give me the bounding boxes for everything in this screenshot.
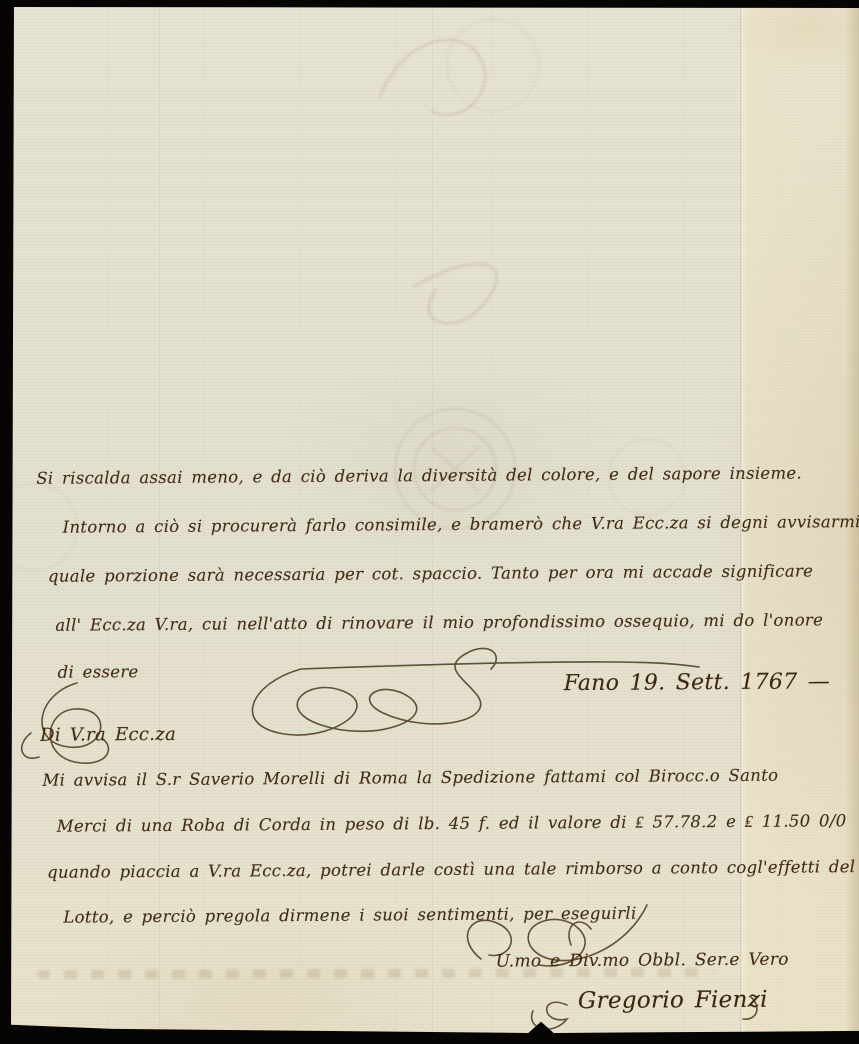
postscript-line: quando piaccia a V.ra Ecc.za, potrei dar…: [47, 857, 855, 882]
ghost-writing-top: [379, 40, 497, 323]
postscript-line: Lotto, e perciò pregola dirmene i suoi s…: [63, 904, 636, 927]
closing-intro: di essere: [58, 662, 139, 682]
signature: Gregorio Fienzi: [578, 987, 768, 1014]
scan-background: Si riscalda assai meno, e da ciò deriva …: [0, 0, 859, 1044]
address-line: Di V.ra Ecc.za: [40, 724, 176, 746]
postscript-line: Mi avvisa il S.r Saverio Morelli di Roma…: [42, 766, 778, 790]
letter-page: Si riscalda assai meno, e da ciò deriva …: [11, 7, 859, 1034]
body-line: all' Ecc.za V.ra, cui nell'atto di rinov…: [55, 610, 823, 634]
dateline: Fano 19. Sett. 1767 —: [564, 669, 830, 696]
valediction: U.mo e Div.mo Obbl. Ser.e Vero: [496, 950, 789, 972]
postscript-line: Merci di una Roba di Corda in peso di lb…: [57, 811, 847, 837]
body-line: Si riscalda assai meno, e da ciò deriva …: [36, 463, 802, 487]
flourish-address-initial: [22, 733, 39, 758]
body-line: quale porzione sarà necessaria per cot. …: [48, 561, 813, 585]
ghost-seal-left: [11, 439, 685, 571]
scanned-manuscript-view: { "page": { "kind": "scanned manuscript …: [0, 0, 859, 1044]
flourish-di-essere: [42, 683, 108, 763]
letter-text-block: Si riscalda assai meno, e da ciò deriva …: [11, 1, 859, 7]
watermark-seal-top: [447, 19, 539, 111]
